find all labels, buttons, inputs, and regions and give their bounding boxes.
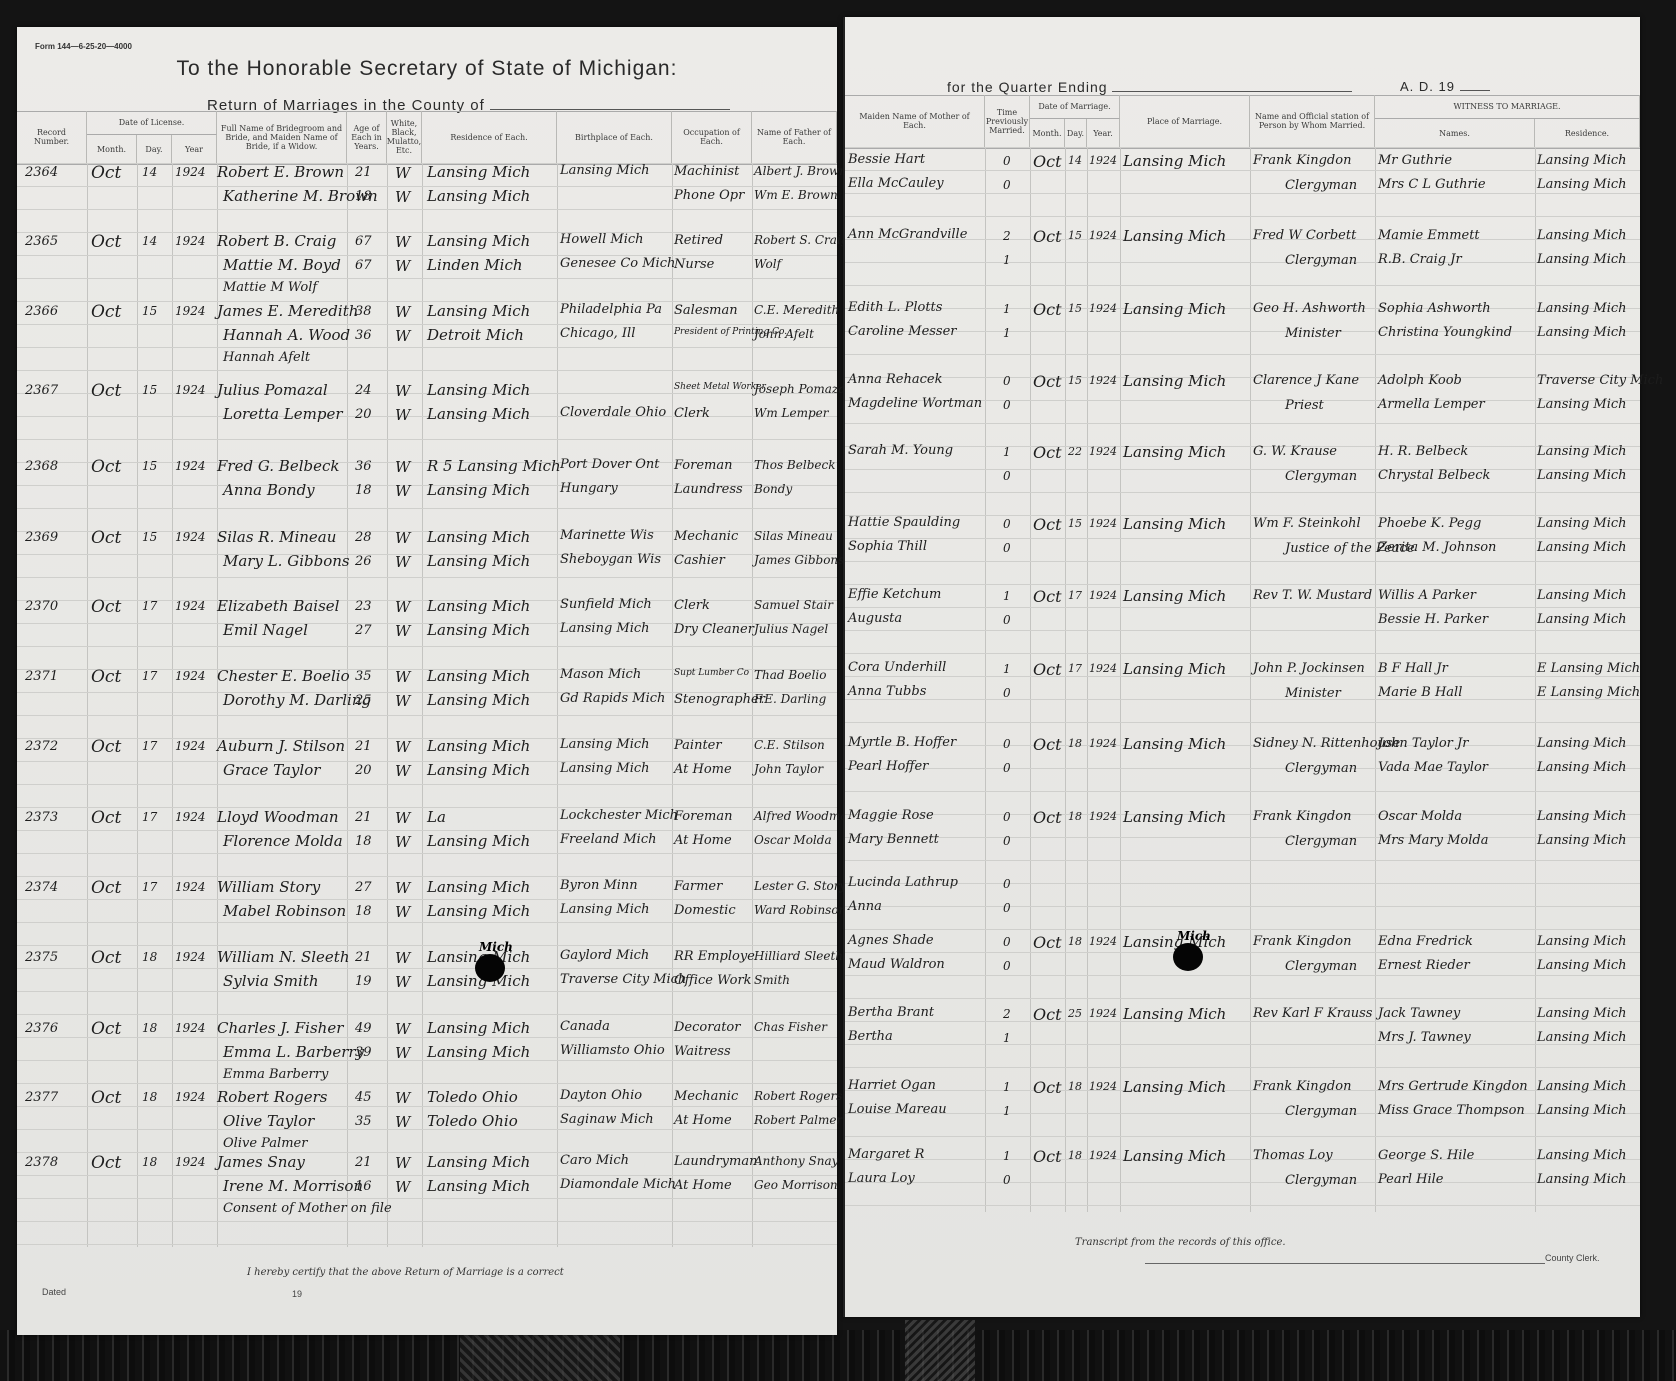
- groom-name: Chester E. Boelio: [217, 667, 350, 685]
- bride-father: Wolf: [754, 257, 781, 271]
- license-month: Oct: [91, 737, 121, 757]
- marriage-month: Oct: [1033, 808, 1062, 827]
- groom-race: W: [395, 598, 410, 616]
- license-year: 1924: [175, 1090, 206, 1104]
- header-marriage-year: Year.: [1087, 119, 1120, 147]
- record-number: 2374: [25, 880, 58, 895]
- ink-blot-text: Mich: [479, 940, 513, 954]
- grid-row-line: [845, 1044, 1640, 1045]
- bride-occupation: At Home: [674, 833, 732, 848]
- grid-row-line: [845, 538, 1640, 539]
- bride-residence: Lansing Mich: [427, 1177, 530, 1195]
- groom-age: 67: [355, 234, 372, 249]
- groom-race: W: [395, 303, 410, 321]
- groom-occupation: Painter: [674, 738, 722, 753]
- grid-row-line: [845, 170, 1640, 171]
- marriage-year: 1924: [1089, 737, 1117, 750]
- groom-father: Thos Belbeck: [754, 458, 835, 472]
- ink-blot: Mich: [475, 954, 505, 982]
- license-year: 1924: [175, 530, 206, 544]
- officiant-name: Fred W Corbett: [1253, 228, 1356, 243]
- witness-name: Chrystal Belbeck: [1378, 468, 1490, 483]
- witness-name: Mrs Gertrude Kingdon: [1378, 1079, 1528, 1094]
- grid-row-line: [845, 676, 1640, 677]
- bride-occupation: At Home: [674, 1113, 732, 1128]
- license-day: 18: [142, 1021, 157, 1035]
- grid-column-line: [1120, 147, 1121, 1212]
- license-year: 1924: [175, 950, 206, 964]
- bride-name: Mabel Robinson: [223, 902, 346, 920]
- license-day: 17: [142, 880, 157, 894]
- officiant-title: Minister: [1285, 686, 1341, 701]
- grid-row-line: [17, 370, 837, 371]
- groom-mother: Bertha Brant: [848, 1005, 934, 1020]
- grid-row-line: [845, 607, 1640, 608]
- witness-residence: Lansing Mich: [1537, 177, 1627, 192]
- record-number: 2364: [25, 165, 58, 180]
- license-month: Oct: [91, 878, 121, 898]
- grid-row-line: [845, 630, 1640, 631]
- groom-mother: Harriet Ogan: [848, 1078, 936, 1093]
- dated-label: Dated: [42, 1287, 66, 1297]
- groom-name: Auburn J. Stilson: [217, 737, 345, 755]
- header-mother-name: Maiden Name of Mother of Each.: [845, 95, 985, 147]
- marriage-year: 1924: [1089, 302, 1117, 315]
- witness-residence: Lansing Mich: [1537, 252, 1627, 267]
- marriage-month: Oct: [1033, 372, 1062, 391]
- bride-name: Grace Taylor: [223, 761, 320, 779]
- license-year: 1924: [175, 165, 206, 179]
- license-month: Oct: [91, 1019, 121, 1039]
- groom-race: W: [395, 458, 410, 476]
- witness-residence: Lansing Mich: [1537, 736, 1627, 751]
- groom-residence: La: [427, 808, 446, 826]
- groom-mother: Cora Underhill: [848, 660, 946, 675]
- marriage-day: 15: [1068, 374, 1082, 387]
- groom-times-married: 1: [1003, 1149, 1011, 1163]
- license-day: 15: [142, 530, 157, 544]
- groom-age: 27: [355, 880, 372, 895]
- grid-row-line: [17, 991, 837, 992]
- groom-birthplace: Gaylord Mich: [560, 948, 649, 963]
- header-witness-names: Names.: [1375, 119, 1535, 147]
- groom-age: 49: [355, 1021, 372, 1036]
- marriage-year: 1924: [1089, 589, 1117, 602]
- witness-name: Mrs Mary Molda: [1378, 833, 1488, 848]
- grid-row-line: [845, 699, 1640, 700]
- grid-row-line: [845, 998, 1640, 999]
- groom-residence: Lansing Mich: [427, 163, 530, 181]
- grid-column-line: [87, 163, 88, 1247]
- marriage-month: Oct: [1033, 1147, 1062, 1166]
- groom-race: W: [395, 1020, 410, 1038]
- license-day: 15: [142, 459, 157, 473]
- bride-mother: Mary Bennett: [848, 832, 939, 847]
- marriage-place: Lansing Mich: [1123, 808, 1226, 826]
- witness-residence: Lansing Mich: [1537, 809, 1627, 824]
- groom-times-married: 1: [1003, 1080, 1011, 1094]
- marriage-day: 22: [1068, 445, 1082, 458]
- witness-residence: E Lansing Mich: [1537, 685, 1640, 700]
- anno-domini: A. D. 19: [1400, 79, 1490, 94]
- bride-father: Bondy: [754, 482, 792, 496]
- grid-row-line: [845, 469, 1640, 470]
- record-number: 2373: [25, 810, 58, 825]
- groom-birthplace: Port Dover Ont: [560, 457, 660, 472]
- bride-times-married: 0: [1003, 469, 1011, 483]
- groom-residence: R 5 Lansing Mich: [427, 457, 561, 475]
- marriage-year: 1924: [1089, 445, 1117, 458]
- bride-race: W: [395, 553, 410, 571]
- marriage-month: Oct: [1033, 735, 1062, 754]
- witness-residence: Lansing Mich: [1537, 612, 1627, 627]
- grid-column-line: [172, 163, 173, 1247]
- groom-birthplace: Howell Mich: [560, 232, 644, 247]
- bride-times-married: 1: [1003, 1104, 1011, 1118]
- transcript-text: Transcript from the records of this offi…: [1075, 1237, 1286, 1248]
- bride-residence: Lansing Mich: [427, 691, 530, 709]
- marriage-day: 18: [1068, 1149, 1082, 1162]
- witness-residence: Lansing Mich: [1537, 153, 1627, 168]
- groom-race: W: [395, 164, 410, 182]
- bride-times-married: 0: [1003, 541, 1011, 555]
- witness-name: Willis A Parker: [1378, 588, 1476, 603]
- license-year: 1924: [175, 304, 206, 318]
- ad-label: A. D. 19: [1400, 79, 1455, 94]
- license-month: Oct: [91, 1153, 121, 1173]
- bride-mother: Caroline Messer: [848, 324, 957, 339]
- grid-column-line: [1065, 147, 1066, 1212]
- groom-occupation: Supt Lumber Co: [674, 668, 749, 678]
- page-title: To the Honorable Secretary of State of M…: [17, 57, 837, 81]
- grid-row-line: [17, 439, 837, 440]
- grid-row-line: [845, 193, 1640, 194]
- bride-residence: Lansing Mich: [427, 832, 530, 850]
- bride-race: W: [395, 1113, 410, 1131]
- groom-times-married: 0: [1003, 374, 1011, 388]
- grid-row-line: [845, 147, 1640, 148]
- witness-name: Jack Tawney: [1378, 1006, 1460, 1021]
- dated-year: 19: [292, 1289, 302, 1299]
- marriage-day: 15: [1068, 302, 1082, 315]
- grid-row-line: [17, 715, 837, 716]
- groom-father: C.E. Stilson: [754, 738, 825, 752]
- marriage-place: Lansing Mich: [1123, 587, 1226, 605]
- groom-father: Robert S. Craig: [754, 233, 848, 247]
- groom-name: James Snay: [217, 1153, 305, 1171]
- groom-father: Samuel Stair: [754, 598, 833, 612]
- groom-age: 21: [355, 810, 372, 825]
- bride-age: 36: [355, 328, 372, 343]
- officiant-name: Thomas Loy: [1253, 1148, 1333, 1163]
- marriage-month: Oct: [1033, 933, 1062, 952]
- groom-father: Anthony Snay: [754, 1154, 838, 1168]
- county-clerk-label: County Clerk.: [1545, 1253, 1600, 1263]
- groom-times-married: 2: [1003, 229, 1011, 243]
- bride-birthplace: Diamondale Mich: [560, 1177, 676, 1192]
- scan-background: [0, 1330, 1676, 1381]
- bride-residence: Lansing Mich: [427, 552, 530, 570]
- groom-times-married: 0: [1003, 877, 1011, 891]
- grid-row-line: [17, 945, 837, 946]
- witness-name: Zerita M. Johnson: [1378, 540, 1496, 555]
- marriage-year: 1924: [1089, 229, 1117, 242]
- groom-birthplace: Lansing Mich: [560, 737, 650, 752]
- bride-father: James Gibbons: [754, 553, 844, 567]
- grid-row-line: [845, 216, 1640, 217]
- bride-age: 35: [355, 1114, 372, 1129]
- license-month: Oct: [91, 457, 121, 477]
- witness-residence: Lansing Mich: [1537, 444, 1627, 459]
- bride-occupation: Stenographer: [674, 692, 765, 707]
- grid-row-line: [845, 377, 1640, 378]
- groom-residence: Toledo Ohio: [427, 1088, 518, 1106]
- bride-times-married: 0: [1003, 901, 1011, 915]
- grid-row-line: [845, 1136, 1640, 1137]
- grid-row-line: [17, 278, 837, 279]
- license-year: 1924: [175, 599, 206, 613]
- license-month: Oct: [91, 808, 121, 828]
- witness-residence: Lansing Mich: [1537, 516, 1627, 531]
- witness-residence: Lansing Mich: [1537, 588, 1627, 603]
- witness-residence: Lansing Mich: [1537, 1103, 1627, 1118]
- witness-residence: Lansing Mich: [1537, 1006, 1627, 1021]
- license-day: 14: [142, 165, 157, 179]
- marriage-day: 17: [1068, 662, 1082, 675]
- marriage-place: Lansing Mich: [1123, 1005, 1226, 1023]
- marriage-place: Lansing Mich: [1123, 1147, 1226, 1165]
- bride-name: Anna Bondy: [223, 481, 315, 499]
- groom-birthplace: Canada: [560, 1019, 610, 1034]
- witness-residence: E Lansing Mich: [1537, 661, 1640, 676]
- bride-residence: Lansing Mich: [427, 187, 530, 205]
- bride-age: 18: [355, 904, 372, 919]
- license-year: 1924: [175, 739, 206, 753]
- license-day: 14: [142, 234, 157, 248]
- bride-father: Geo Morrison: [754, 1178, 838, 1192]
- bride-residence: Linden Mich: [427, 256, 523, 274]
- grid-column-line: [387, 163, 388, 1247]
- groom-occupation: RR Employe: [674, 949, 755, 964]
- officiant-name: Rev Karl F Krauss: [1253, 1006, 1372, 1021]
- groom-residence: Lansing Mich: [427, 597, 530, 615]
- bride-name: Mattie M. Boyd: [223, 256, 341, 274]
- quarter-ending: for the Quarter Ending: [947, 79, 1352, 95]
- witness-residence: Lansing Mich: [1537, 301, 1627, 316]
- bride-occupation: Nurse: [674, 257, 714, 272]
- groom-occupation: Machinist: [674, 164, 739, 179]
- bride-occupation: Cashier: [674, 553, 725, 568]
- marriage-place: Lansing Mich: [1123, 372, 1226, 390]
- marriage-year: 1924: [1089, 1007, 1117, 1020]
- grid-row-line: [17, 830, 837, 831]
- header-record-number: Record Number.: [17, 111, 87, 163]
- bride-age: 20: [355, 763, 372, 778]
- bride-age: 39: [355, 1045, 372, 1060]
- record-number: 2378: [25, 1155, 58, 1170]
- groom-father: Albert J. Brown: [754, 164, 847, 178]
- bride-times-married: 0: [1003, 1173, 1011, 1187]
- bride-maiden-name: Consent of Mother on file: [223, 1201, 392, 1216]
- bride-father: Ward Robinson: [754, 903, 846, 917]
- officiant-title: Priest: [1285, 398, 1324, 413]
- grid-column-line: [985, 147, 986, 1212]
- groom-name: Lloyd Woodman: [217, 808, 339, 826]
- grid-row-line: [845, 584, 1640, 585]
- marriage-day: 15: [1068, 229, 1082, 242]
- marriage-year: 1924: [1089, 662, 1117, 675]
- bride-age: 18: [355, 189, 372, 204]
- bride-occupation: Clerk: [674, 406, 710, 421]
- officiant-title: Clergyman: [1285, 1104, 1357, 1119]
- bride-mother: Anna Tubbs: [848, 684, 926, 699]
- header-marriage-day: Day.: [1065, 119, 1087, 147]
- witness-name: Edna Fredrick: [1378, 934, 1473, 949]
- bride-father: John Taylor: [754, 762, 823, 776]
- grid-row-line: [845, 653, 1640, 654]
- grid-row-line: [845, 1067, 1640, 1068]
- bride-age: 25: [355, 693, 372, 708]
- marriage-place: Lansing Mich: [1123, 227, 1226, 245]
- grid-row-line: [845, 262, 1640, 263]
- grid-row-line: [17, 922, 837, 923]
- bride-times-married: 0: [1003, 686, 1011, 700]
- witness-residence: Lansing Mich: [1537, 1079, 1627, 1094]
- header-times-married: Time Previously Married.: [985, 95, 1030, 147]
- witness-name: Miss Grace Thompson: [1378, 1103, 1525, 1118]
- witness-residence: Lansing Mich: [1537, 833, 1627, 848]
- grid-row-line: [845, 331, 1640, 332]
- header-officiant: Name and Official station of Person by W…: [1250, 95, 1375, 147]
- groom-age: 45: [355, 1090, 372, 1105]
- groom-times-married: 1: [1003, 589, 1011, 603]
- bride-maiden-name: Hannah Afelt: [223, 350, 310, 365]
- license-month: Oct: [91, 381, 121, 401]
- record-number: 2370: [25, 599, 58, 614]
- grid-row-line: [17, 1244, 837, 1245]
- groom-birthplace: Dayton Ohio: [560, 1088, 642, 1103]
- license-month: Oct: [91, 528, 121, 548]
- form-number: Form 144—6-25-20—4000: [35, 42, 132, 51]
- bride-race: W: [395, 833, 410, 851]
- header-date-of-license: Date of License.: [87, 111, 217, 135]
- bride-race: W: [395, 1178, 410, 1196]
- license-year: 1924: [175, 234, 206, 248]
- groom-mother: Myrtle B. Hoffer: [848, 735, 956, 750]
- witness-residence: Lansing Mich: [1537, 540, 1627, 555]
- groom-father: Joseph Pomazal: [754, 382, 849, 396]
- header-date-of-marriage: Date of Marriage.: [1030, 95, 1120, 119]
- groom-name: William Story: [217, 878, 320, 896]
- marriage-day: 18: [1068, 737, 1082, 750]
- witness-name: Phoebe K. Pegg: [1378, 516, 1481, 531]
- officiant-name: John P. Jockinsen: [1253, 661, 1365, 676]
- bride-times-married: 1: [1003, 1031, 1011, 1045]
- marriage-month: Oct: [1033, 300, 1062, 319]
- officiant-title: Clergyman: [1285, 1173, 1357, 1188]
- bride-residence: Toledo Ohio: [427, 1112, 518, 1130]
- license-month: Oct: [91, 302, 121, 322]
- bride-race: W: [395, 188, 410, 206]
- header-witness: WITNESS TO MARRIAGE.: [1375, 95, 1640, 119]
- grid-row-line: [845, 791, 1640, 792]
- grid-column-line: [1087, 147, 1088, 1212]
- bride-times-married: 1: [1003, 326, 1011, 340]
- bride-name: Emma L. Barberry: [223, 1043, 364, 1061]
- groom-times-married: 2: [1003, 1007, 1011, 1021]
- groom-birthplace: Byron Minn: [560, 878, 638, 893]
- scan-artifact: [460, 1335, 620, 1381]
- marriage-day: 15: [1068, 517, 1082, 530]
- witness-residence: Lansing Mich: [1537, 397, 1627, 412]
- witness-name: Mrs C L Guthrie: [1378, 177, 1486, 192]
- groom-residence: Lansing Mich: [427, 302, 530, 320]
- bride-father: Oscar Molda: [754, 833, 832, 847]
- grid-row-line: [17, 324, 837, 325]
- header-license-month: Month.: [87, 135, 137, 163]
- groom-birthplace: Mason Mich: [560, 667, 641, 682]
- bride-age: 26: [355, 554, 372, 569]
- groom-mother: Sarah M. Young: [848, 443, 953, 458]
- groom-father: Thad Boelio: [754, 668, 826, 682]
- groom-mother: Lucinda Lathrup: [848, 875, 958, 890]
- grid-column-line: [422, 163, 423, 1247]
- grid-column-line: [672, 163, 673, 1247]
- groom-mother: Maggie Rose: [848, 808, 934, 823]
- marriage-year: 1924: [1089, 810, 1117, 823]
- header-residence: Residence of Each.: [422, 111, 557, 163]
- marriage-place: Lansing Mich: [1123, 515, 1226, 533]
- bride-birthplace: Cloverdale Ohio: [560, 405, 666, 420]
- groom-occupation: Sheet Metal Worker: [674, 382, 766, 392]
- groom-race: W: [395, 1154, 410, 1172]
- bride-mother: Louise Mareau: [848, 1102, 947, 1117]
- header-marriage-month: Month.: [1030, 119, 1065, 147]
- bride-name: Emil Nagel: [223, 621, 308, 639]
- record-number: 2372: [25, 739, 58, 754]
- groom-mother: Effie Ketchum: [848, 587, 941, 602]
- record-number: 2371: [25, 669, 58, 684]
- bride-race: W: [395, 406, 410, 424]
- bride-name: Florence Molda: [223, 832, 343, 850]
- officiant-title: Minister: [1285, 326, 1341, 341]
- groom-occupation: Foreman: [674, 809, 733, 824]
- witness-residence: Lansing Mich: [1537, 325, 1627, 340]
- groom-birthplace: Sunfield Mich: [560, 597, 652, 612]
- header-occupation: Occupation of Each.: [672, 111, 752, 163]
- marriage-place: Lansing Mich: [1123, 152, 1226, 170]
- record-number: 2375: [25, 950, 58, 965]
- grid-row-line: [845, 423, 1640, 424]
- officiant-name: Frank Kingdon: [1253, 153, 1351, 168]
- marriage-year: 1924: [1089, 374, 1117, 387]
- grid-column-line: [1375, 147, 1376, 1212]
- bride-birthplace: Genesee Co Mich: [560, 256, 675, 271]
- marriage-year: 1924: [1089, 154, 1117, 167]
- bride-mother: Magdeline Wortman: [848, 396, 982, 411]
- grid-column-line: [217, 163, 218, 1247]
- grid-row-line: [845, 952, 1640, 953]
- groom-race: W: [395, 529, 410, 547]
- marriage-month: Oct: [1033, 443, 1062, 462]
- bride-maiden-name: Emma Barberry: [223, 1067, 328, 1082]
- officiant-name: Clarence J Kane: [1253, 373, 1359, 388]
- bride-mother: Augusta: [848, 611, 902, 626]
- groom-occupation: Clerk: [674, 598, 710, 613]
- officiant-title: Clergyman: [1285, 834, 1357, 849]
- groom-residence: Lansing Mich: [427, 1019, 530, 1037]
- bride-times-married: 0: [1003, 398, 1011, 412]
